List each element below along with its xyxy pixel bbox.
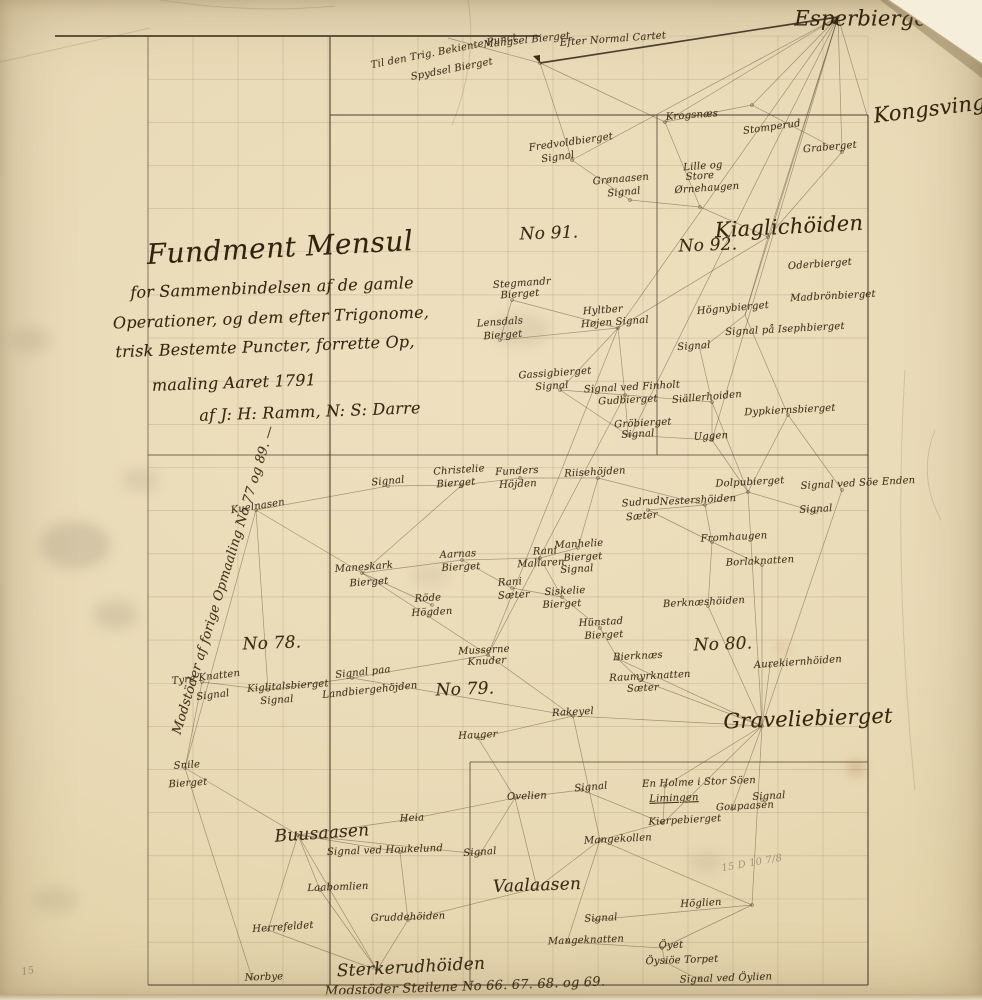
station-label: Signal xyxy=(560,564,594,576)
station-label: Sæter xyxy=(498,590,530,602)
station-label: Laabomlien xyxy=(307,882,369,894)
map-frame-lines xyxy=(55,17,868,985)
station-label: No 91. xyxy=(519,224,578,243)
station-label: Bierget xyxy=(441,562,480,574)
station-label: Store xyxy=(685,171,714,183)
station-label: No 79. xyxy=(435,680,494,699)
folded-corner xyxy=(852,0,982,90)
station-label: Sæter xyxy=(627,683,659,695)
station-label: Signal xyxy=(621,429,655,441)
map-sheet: Fundment Mensulfor Sammenbindelsen af de… xyxy=(0,0,982,1000)
station-label: Aarnas xyxy=(439,549,476,561)
station-label: Vaalaasen xyxy=(493,876,582,896)
station-label: Knuder xyxy=(467,656,506,668)
station-label: No 80. xyxy=(693,635,752,654)
station-label: Höjden xyxy=(499,479,537,491)
station-label: Signal xyxy=(799,504,833,516)
station-label: Rani xyxy=(533,546,558,557)
station-label: Graveliebierget xyxy=(723,706,893,733)
station-label: Uggen xyxy=(693,431,728,443)
station-label: Siskelie xyxy=(544,586,586,598)
station-label: Heia xyxy=(399,813,424,824)
station-label: Signal xyxy=(584,913,618,925)
station-label: Bierget xyxy=(542,599,581,611)
station-label: Snile xyxy=(173,760,200,772)
station-label: Hauger xyxy=(458,730,498,742)
station-label: Röde xyxy=(414,593,441,604)
station-label: Rani xyxy=(498,577,523,588)
station-label: Bierget xyxy=(584,630,623,642)
station-label: No 78. xyxy=(242,634,301,653)
station-label: Norbye xyxy=(244,972,283,983)
station-label: Öyet xyxy=(659,941,684,952)
station-label: Ovelien xyxy=(507,791,547,802)
station-label: Bierget xyxy=(563,552,602,564)
station-label: Limingen xyxy=(649,793,699,805)
station-label: Högden xyxy=(411,607,453,619)
